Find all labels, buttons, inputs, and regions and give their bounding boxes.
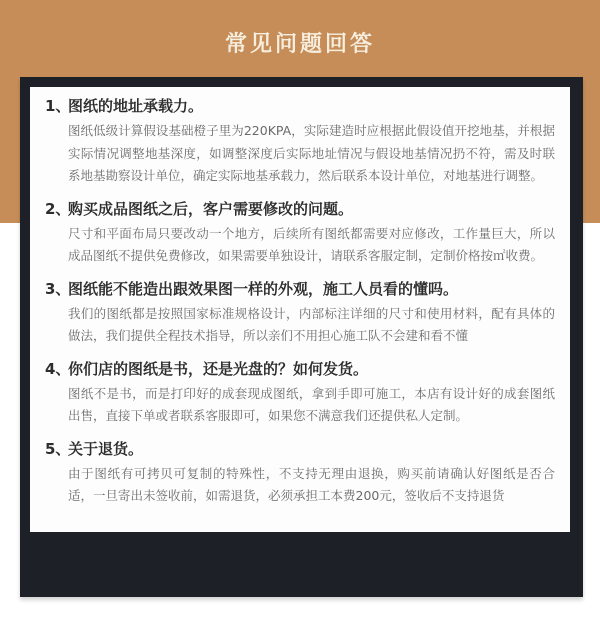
faq-answer: 图纸不是书，而是打印好的成套现成图纸，拿到手即可施工，本店有设计好的成套图纸出售…	[68, 383, 555, 428]
faq-item: 4、 你们店的图纸是书，还是光盘的？如何发货。 图纸不是书，而是打印好的成套现成…	[45, 359, 555, 428]
faq-frame: 1、 图纸的地址承载力。 图纸低级计算假设基础橙子里为220KPA，实际建造时应…	[20, 77, 583, 597]
faq-item: 5、 关于退货。 由于图纸有可拷贝可复制的特殊性，不支持无理由退换，购买前请确认…	[45, 439, 555, 508]
faq-question-title: 购买成品图纸之后，客户需要修改的问题。	[68, 199, 353, 220]
faq-question-number: 1、	[45, 96, 68, 117]
faq-question-number: 5、	[45, 439, 68, 460]
faq-item: 3、 图纸能不能造出跟效果图一样的外观，施工人员看的懂吗。 我们的图纸都是按照国…	[45, 279, 555, 348]
page-title: 常见问题回答	[0, 27, 600, 58]
faq-question-title: 关于退货。	[68, 439, 143, 460]
faq-answer: 由于图纸有可拷贝可复制的特殊性，不支持无理由退换，购买前请确认好图纸是否合适，一…	[68, 463, 555, 508]
faq-question-number: 4、	[45, 359, 68, 380]
faq-question-number: 2、	[45, 199, 68, 220]
faq-item: 2、 购买成品图纸之后，客户需要修改的问题。 尺寸和平面布局只要改动一个地方，后…	[45, 199, 555, 268]
faq-question-title: 你们店的图纸是书，还是光盘的？如何发货。	[68, 359, 368, 380]
faq-question-title: 图纸的地址承载力。	[68, 96, 203, 117]
faq-question: 1、 图纸的地址承载力。	[45, 96, 555, 117]
faq-answer: 我们的图纸都是按照国家标准规格设计，内部标注详细的尺寸和使用材料，配有具体的做法…	[68, 303, 555, 348]
faq-question-number: 3、	[45, 279, 68, 300]
faq-paper: 1、 图纸的地址承载力。 图纸低级计算假设基础橙子里为220KPA，实际建造时应…	[30, 87, 570, 532]
faq-question: 5、 关于退货。	[45, 439, 555, 460]
faq-answer: 图纸低级计算假设基础橙子里为220KPA，实际建造时应根据此假设值开挖地基，并根…	[68, 120, 555, 188]
faq-item: 1、 图纸的地址承载力。 图纸低级计算假设基础橙子里为220KPA，实际建造时应…	[45, 96, 555, 188]
faq-question-title: 图纸能不能造出跟效果图一样的外观，施工人员看的懂吗。	[68, 279, 458, 300]
faq-question: 4、 你们店的图纸是书，还是光盘的？如何发货。	[45, 359, 555, 380]
faq-question: 3、 图纸能不能造出跟效果图一样的外观，施工人员看的懂吗。	[45, 279, 555, 300]
faq-answer: 尺寸和平面布局只要改动一个地方，后续所有图纸都需要对应修改，工作量巨大，所以成品…	[68, 223, 555, 268]
faq-content: 1、 图纸的地址承载力。 图纸低级计算假设基础橙子里为220KPA，实际建造时应…	[30, 87, 570, 508]
faq-question: 2、 购买成品图纸之后，客户需要修改的问题。	[45, 199, 555, 220]
